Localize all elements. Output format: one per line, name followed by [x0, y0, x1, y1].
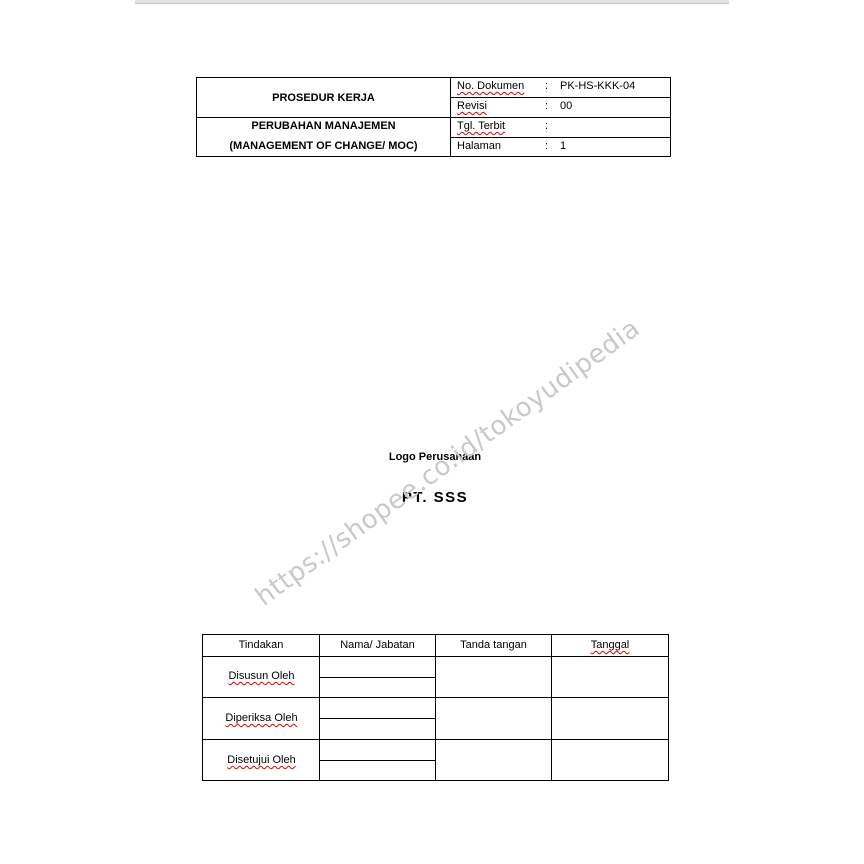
procedure-subtitle: PERUBAHAN MANAJEMEN (MANAGEMENT OF CHANG…	[197, 118, 451, 157]
header-date: Tanggal	[552, 639, 668, 651]
row-divider	[203, 739, 668, 740]
header-name-position: Nama/ Jabatan	[320, 639, 435, 651]
company-name: PT. SSS	[0, 489, 864, 506]
logo-placeholder: Logo Perusahaan	[0, 451, 864, 463]
field-issue-date: Tgl. Terbit :	[451, 118, 670, 138]
row-approved-by: Disetujui Oleh	[203, 754, 320, 766]
field-page: Halaman : 1	[451, 138, 670, 158]
subrow-divider	[319, 718, 436, 719]
row-divider	[203, 697, 668, 698]
approval-table: Tindakan Nama/ Jabatan Tanda tangan Tang…	[202, 634, 669, 781]
field-doc-number: No. Dokumen : PK-HS-KKK-04	[451, 78, 670, 98]
field-revision: Revisi : 00	[451, 98, 670, 118]
header-signature: Tanda tangan	[436, 639, 551, 651]
subrow-divider	[319, 760, 436, 761]
row-checked-by: Diperiksa Oleh	[203, 712, 320, 724]
header-divider	[203, 656, 668, 657]
watermark-text: https://shopee.co.id/tokoyudipedia	[250, 318, 640, 613]
document-header-table: PROSEDUR KERJA PERUBAHAN MANAJEMEN (MANA…	[196, 77, 671, 157]
procedure-title: PROSEDUR KERJA	[197, 78, 451, 118]
header-action: Tindakan	[203, 639, 319, 651]
document-page: PROSEDUR KERJA PERUBAHAN MANAJEMEN (MANA…	[0, 0, 864, 864]
subrow-divider	[319, 677, 436, 678]
row-prepared-by: Disusun Oleh	[203, 670, 320, 682]
